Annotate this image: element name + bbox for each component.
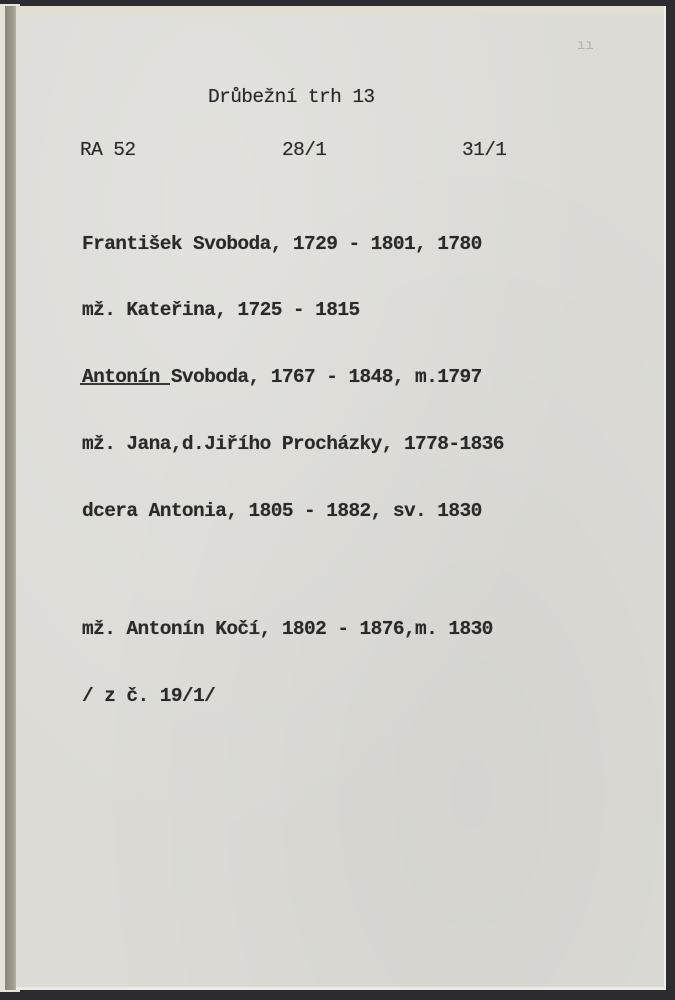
entry-line: dcera Antonia, 1805 - 1882, sv. 1830 bbox=[82, 500, 504, 522]
entry-line: František Svoboda, 1729 - 1801, 1780 bbox=[82, 233, 504, 255]
entry-line: Antonín Svoboda, 1767 - 1848, m.1797 bbox=[82, 366, 504, 388]
entry-line: mž. Jana,d.Jiřího Procházky, 1778-1836 bbox=[82, 433, 504, 455]
pencil-mark: ıı bbox=[577, 38, 594, 54]
card-top-edge bbox=[16, 6, 666, 14]
genealogy-entries: František Svoboda, 1729 - 1801, 1780 mž.… bbox=[82, 188, 504, 729]
card-bottom-edge bbox=[16, 987, 666, 990]
reference-middle: 28/1 bbox=[282, 140, 326, 160]
entry-spacer bbox=[82, 567, 504, 573]
entry-line: mž. Kateřina, 1725 - 1815 bbox=[82, 299, 504, 321]
reference-right: 31/1 bbox=[462, 140, 506, 160]
card-title: Drůbežní trh 13 bbox=[208, 87, 375, 107]
card-right-edge bbox=[664, 6, 666, 990]
end-rule bbox=[80, 383, 170, 385]
entry-line: mž. Antonín Kočí, 1802 - 1876,m. 1830 bbox=[82, 618, 504, 640]
entry-line: / z č. 19/1/ bbox=[82, 685, 504, 707]
reference-ra: RA 52 bbox=[80, 140, 136, 160]
